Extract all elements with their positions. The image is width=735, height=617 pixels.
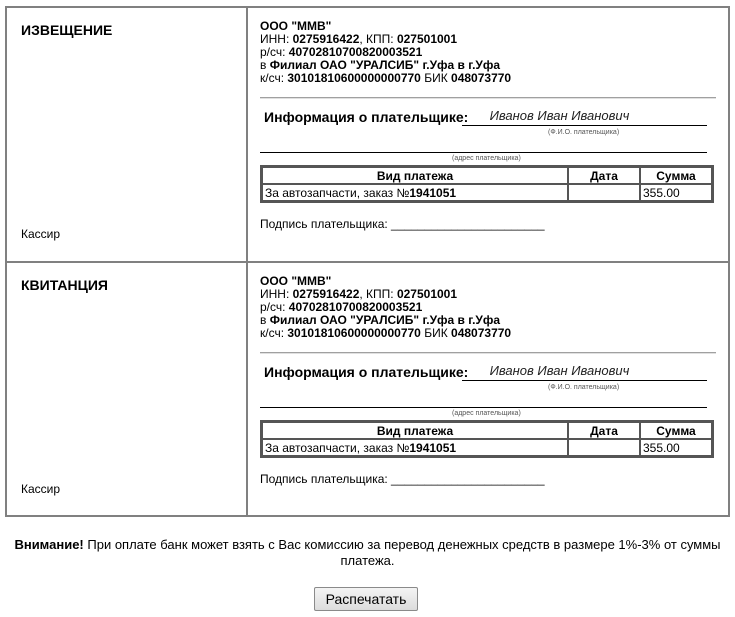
account-label: р/сч: [260, 45, 289, 59]
divider [260, 352, 716, 354]
payer-name-value: Иванов Иван Иванович [462, 363, 707, 378]
payee-details: ООО "ММВ" ИНН: 0275916422, КПП: 02750100… [260, 20, 511, 85]
payment-purpose: За автозапчасти, заказ № [265, 441, 409, 455]
table-header-row: Вид платежа Дата Сумма [262, 167, 712, 184]
bank-prefix: в [260, 58, 270, 72]
payment-receipt-form: ИЗВЕЩЕНИЕ Кассир ООО "ММВ" ИНН: 02759164… [5, 6, 730, 517]
header-payment-type: Вид платежа [262, 422, 568, 439]
payment-sum-cell: 355.00 [640, 184, 712, 201]
divider [260, 97, 716, 99]
bik-value: 048073770 [451, 71, 511, 85]
print-button[interactable]: Распечатать [314, 587, 418, 611]
header-date: Дата [568, 422, 640, 439]
notice-right-column: ООО "ММВ" ИНН: 0275916422, КПП: 02750100… [248, 8, 728, 261]
header-payment-type: Вид платежа [262, 167, 568, 184]
order-number: 1941051 [409, 186, 456, 200]
payer-address-caption: (адрес плательщика) [452, 155, 521, 162]
payer-address-underline [260, 152, 707, 153]
payment-purpose-cell: За автозапчасти, заказ №1941051 [262, 184, 568, 201]
inn-value: 0275916422 [293, 32, 360, 46]
bik-label: БИК [421, 71, 451, 85]
kpp-value: 027501001 [397, 32, 457, 46]
payer-signature: Подпись плательщика: ___________________… [260, 217, 545, 231]
receipt-right-column: ООО "ММВ" ИНН: 0275916422, КПП: 02750100… [248, 263, 728, 516]
receipt-section: КВИТАНЦИЯ Кассир ООО "ММВ" ИНН: 02759164… [7, 263, 728, 516]
corr-label: к/сч: [260, 326, 287, 340]
table-row: За автозапчасти, заказ №1941051 355.00 [262, 439, 712, 456]
notice-section: ИЗВЕЩЕНИЕ Кассир ООО "ММВ" ИНН: 02759164… [7, 8, 728, 261]
commission-notice: Внимание! При оплате банк может взять с … [0, 537, 735, 569]
column-divider [246, 8, 248, 515]
cashier-label: Кассир [21, 227, 60, 241]
kpp-value: 027501001 [397, 287, 457, 301]
payment-date-cell [568, 439, 640, 456]
corr-account-value: 30101810600000000770 [287, 71, 420, 85]
payer-name-caption: (Ф.И.О. плательщика) [548, 384, 619, 391]
payment-sum-cell: 355.00 [640, 439, 712, 456]
payer-signature: Подпись плательщика: ___________________… [260, 472, 545, 486]
payer-name-underline [462, 380, 707, 381]
receipt-left-column: КВИТАНЦИЯ Кассир [7, 263, 246, 516]
order-number: 1941051 [409, 441, 456, 455]
section-title: КВИТАНЦИЯ [21, 277, 108, 293]
account-value: 40702810700820003521 [289, 300, 422, 314]
notice-left-column: ИЗВЕЩЕНИЕ Кассир [7, 8, 246, 261]
payee-name: ООО "ММВ" [260, 274, 331, 288]
kpp-label: , КПП: [359, 32, 397, 46]
payer-address-underline [260, 407, 707, 408]
bik-value: 048073770 [451, 326, 511, 340]
corr-account-value: 30101810600000000770 [287, 326, 420, 340]
cashier-label: Кассир [21, 482, 60, 496]
payer-name-value: Иванов Иван Иванович [462, 108, 707, 123]
inn-label: ИНН: [260, 32, 293, 46]
corr-label: к/сч: [260, 71, 287, 85]
header-date: Дата [568, 167, 640, 184]
inn-value: 0275916422 [293, 287, 360, 301]
payer-address-caption: (адрес плательщика) [452, 410, 521, 417]
payer-name-underline [462, 125, 707, 126]
payment-purpose-cell: За автозапчасти, заказ №1941051 [262, 439, 568, 456]
account-label: р/сч: [260, 300, 289, 314]
payment-table: Вид платежа Дата Сумма За автозапчасти, … [260, 420, 714, 458]
table-row: За автозапчасти, заказ №1941051 355.00 [262, 184, 712, 201]
payee-details: ООО "ММВ" ИНН: 0275916422, КПП: 02750100… [260, 275, 511, 340]
payment-table: Вид платежа Дата Сумма За автозапчасти, … [260, 165, 714, 203]
payment-purpose: За автозапчасти, заказ № [265, 186, 409, 200]
header-sum: Сумма [640, 422, 712, 439]
bank-name: Филиал ОАО "УРАЛСИБ" г.Уфа в г.Уфа [270, 313, 500, 327]
header-sum: Сумма [640, 167, 712, 184]
notice-text: При оплате банк может взять с Вас комисс… [84, 537, 721, 568]
payment-date-cell [568, 184, 640, 201]
bank-name: Филиал ОАО "УРАЛСИБ" г.Уфа в г.Уфа [270, 58, 500, 72]
section-title: ИЗВЕЩЕНИЕ [21, 22, 112, 38]
payee-name: ООО "ММВ" [260, 19, 331, 33]
payer-info-label: Информация о плательщике: [264, 364, 468, 380]
payer-info-label: Информация о плательщике: [264, 109, 468, 125]
notice-bold: Внимание! [14, 537, 83, 552]
table-header-row: Вид платежа Дата Сумма [262, 422, 712, 439]
account-value: 40702810700820003521 [289, 45, 422, 59]
inn-label: ИНН: [260, 287, 293, 301]
bank-prefix: в [260, 313, 270, 327]
bik-label: БИК [421, 326, 451, 340]
kpp-label: , КПП: [359, 287, 397, 301]
payer-name-caption: (Ф.И.О. плательщика) [548, 129, 619, 136]
